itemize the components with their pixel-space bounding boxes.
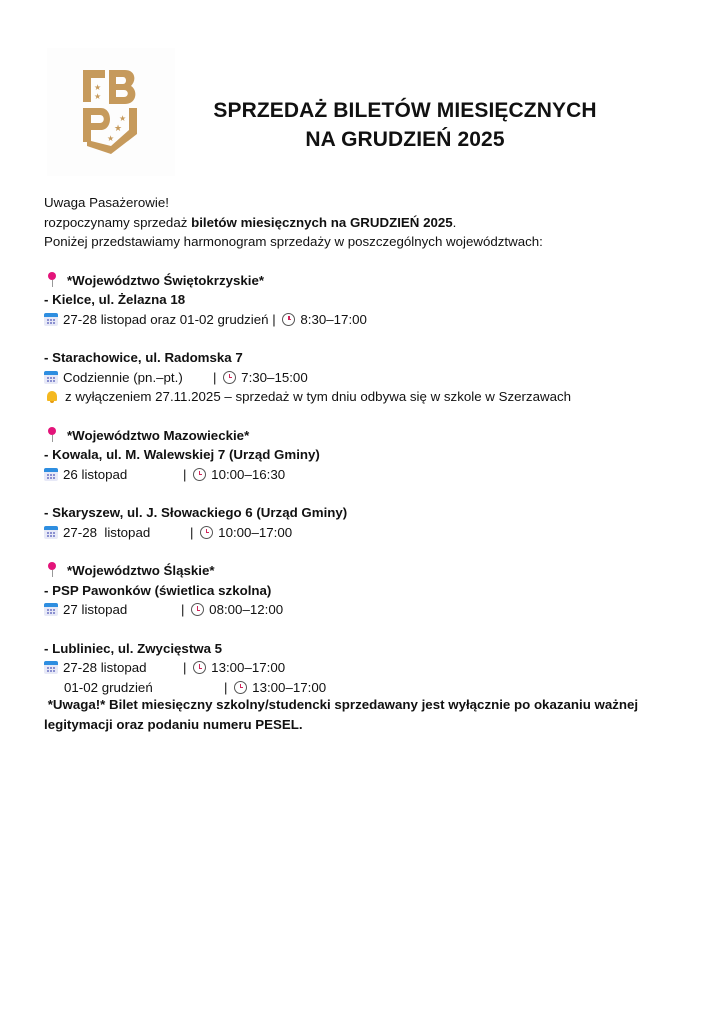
location-address: - Starachowice, ul. Radomska 7: [44, 348, 694, 368]
clock-icon: [193, 468, 206, 481]
page-title: SPRZEDAŻ BILETÓW MIESIĘCZNYCH NA GRUDZIE…: [190, 96, 620, 154]
separator: |: [183, 658, 186, 678]
schedule-row: 27-28 listopad| 10:00–17:00: [44, 523, 694, 543]
schedule-dates: 26 listopad: [63, 465, 183, 485]
title-line-1: SPRZEDAŻ BILETÓW MIESIĘCZNYCH: [190, 96, 620, 125]
location-address: - Skaryszew, ul. J. Słowackiego 6 (Urząd…: [44, 503, 694, 523]
region-name: *Województwo Śląskie*: [67, 563, 215, 578]
calendar-icon: [44, 661, 58, 674]
calendar-icon: [44, 526, 58, 539]
clock-icon: [223, 371, 236, 384]
title-line-2: NA GRUDZIEŃ 2025: [190, 125, 620, 154]
notice-row: z wyłączeniem 27.11.2025 – sprzedaż w ty…: [44, 387, 694, 407]
schedule-row: 27-28 listopad| 13:00–17:00: [44, 658, 694, 678]
bell-icon: [46, 390, 58, 403]
clock-icon: [193, 661, 206, 674]
note-line-1: *Uwaga!* Bilet miesięczny szkolny/studen…: [44, 695, 684, 715]
schedule-row: 27 listopad| 08:00–12:00: [44, 600, 694, 620]
svg-text:★: ★: [107, 134, 114, 143]
intro-highlight: biletów miesięcznych na GRUDZIEŃ 2025: [191, 215, 453, 230]
calendar-icon: [44, 603, 58, 616]
schedule-row: 26 listopad| 10:00–16:30: [44, 465, 694, 485]
notice-text: z wyłączeniem 27.11.2025 – sprzedaż w ty…: [65, 389, 571, 404]
pushpin-icon: [47, 427, 57, 443]
intro-line: rozpoczynamy sprzedaż biletów miesięczny…: [44, 213, 694, 233]
fbp-logo-icon: ★ ★ ★ ★ ★: [81, 68, 139, 156]
calendar-icon: [44, 313, 58, 326]
schedule-dates: 27-28 listopad: [63, 658, 183, 678]
important-note: *Uwaga!* Bilet miesięczny szkolny/studen…: [44, 695, 684, 735]
announcement-body: Uwaga Pasażerowie! rozpoczynamy sprzedaż…: [44, 193, 694, 697]
calendar-icon: [44, 371, 58, 384]
schedule-hours: 13:00–17:00: [211, 660, 285, 675]
greeting: Uwaga Pasażerowie!: [44, 193, 694, 213]
region-name: *Województwo Świętokrzyskie*: [67, 273, 264, 288]
intro-schedule-line: Poniżej przedstawiamy harmonogram sprzed…: [44, 232, 694, 252]
clock-icon: [200, 526, 213, 539]
logo: ★ ★ ★ ★ ★: [47, 48, 175, 176]
clock-icon: [191, 603, 204, 616]
separator: |: [190, 523, 193, 543]
location-address: - Kowala, ul. M. Walewskiej 7 (Urząd Gmi…: [44, 445, 694, 465]
schedule-hours: 8:30–17:00: [300, 312, 367, 327]
note-line-2: legitymacji oraz podaniu numeru PESEL.: [44, 715, 684, 735]
schedule-dates: 27-28 listopad: [63, 523, 190, 543]
location-address: - PSP Pawonków (świetlica szkolna): [44, 581, 694, 601]
schedule-hours: 10:00–16:30: [211, 467, 285, 482]
region-heading: *Województwo Śląskie*: [44, 561, 694, 581]
separator: |: [213, 368, 216, 388]
schedule-hours: 13:00–17:00: [252, 680, 326, 695]
intro-period: .: [453, 215, 457, 230]
svg-text:★: ★: [114, 123, 122, 133]
schedule-hours: 7:30–15:00: [241, 370, 308, 385]
region-name: *Województwo Mazowieckie*: [67, 428, 249, 443]
schedule-row: Codziennie (pn.–pt.)| 7:30–15:00: [44, 368, 694, 388]
pushpin-icon: [47, 272, 57, 288]
region-heading: *Województwo Mazowieckie*: [44, 426, 694, 446]
pushpin-icon: [47, 562, 57, 578]
separator: |: [272, 310, 275, 330]
clock-icon: [234, 681, 247, 694]
clock-icon: [282, 313, 295, 326]
schedule-hours: 10:00–17:00: [218, 525, 292, 540]
intro-text: rozpoczynamy sprzedaż: [44, 215, 191, 230]
schedule-hours: 08:00–12:00: [209, 602, 283, 617]
location-address: - Lubliniec, ul. Zwycięstwa 5: [44, 639, 694, 659]
location-address: - Kielce, ul. Żelazna 18: [44, 290, 694, 310]
svg-text:★: ★: [94, 92, 101, 101]
schedule-dates: Codziennie (pn.–pt.): [63, 368, 213, 388]
separator: |: [183, 465, 186, 485]
svg-text:★: ★: [119, 114, 126, 123]
region-heading: *Województwo Świętokrzyskie*: [44, 271, 694, 291]
separator: |: [181, 600, 184, 620]
svg-text:★: ★: [94, 83, 101, 92]
schedule-dates: 27-28 listopad oraz 01-02 grudzień: [63, 312, 269, 327]
schedule-row: 27-28 listopad oraz 01-02 grudzień | 8:3…: [44, 310, 694, 330]
schedule-dates: 27 listopad: [63, 600, 181, 620]
calendar-icon: [44, 468, 58, 481]
